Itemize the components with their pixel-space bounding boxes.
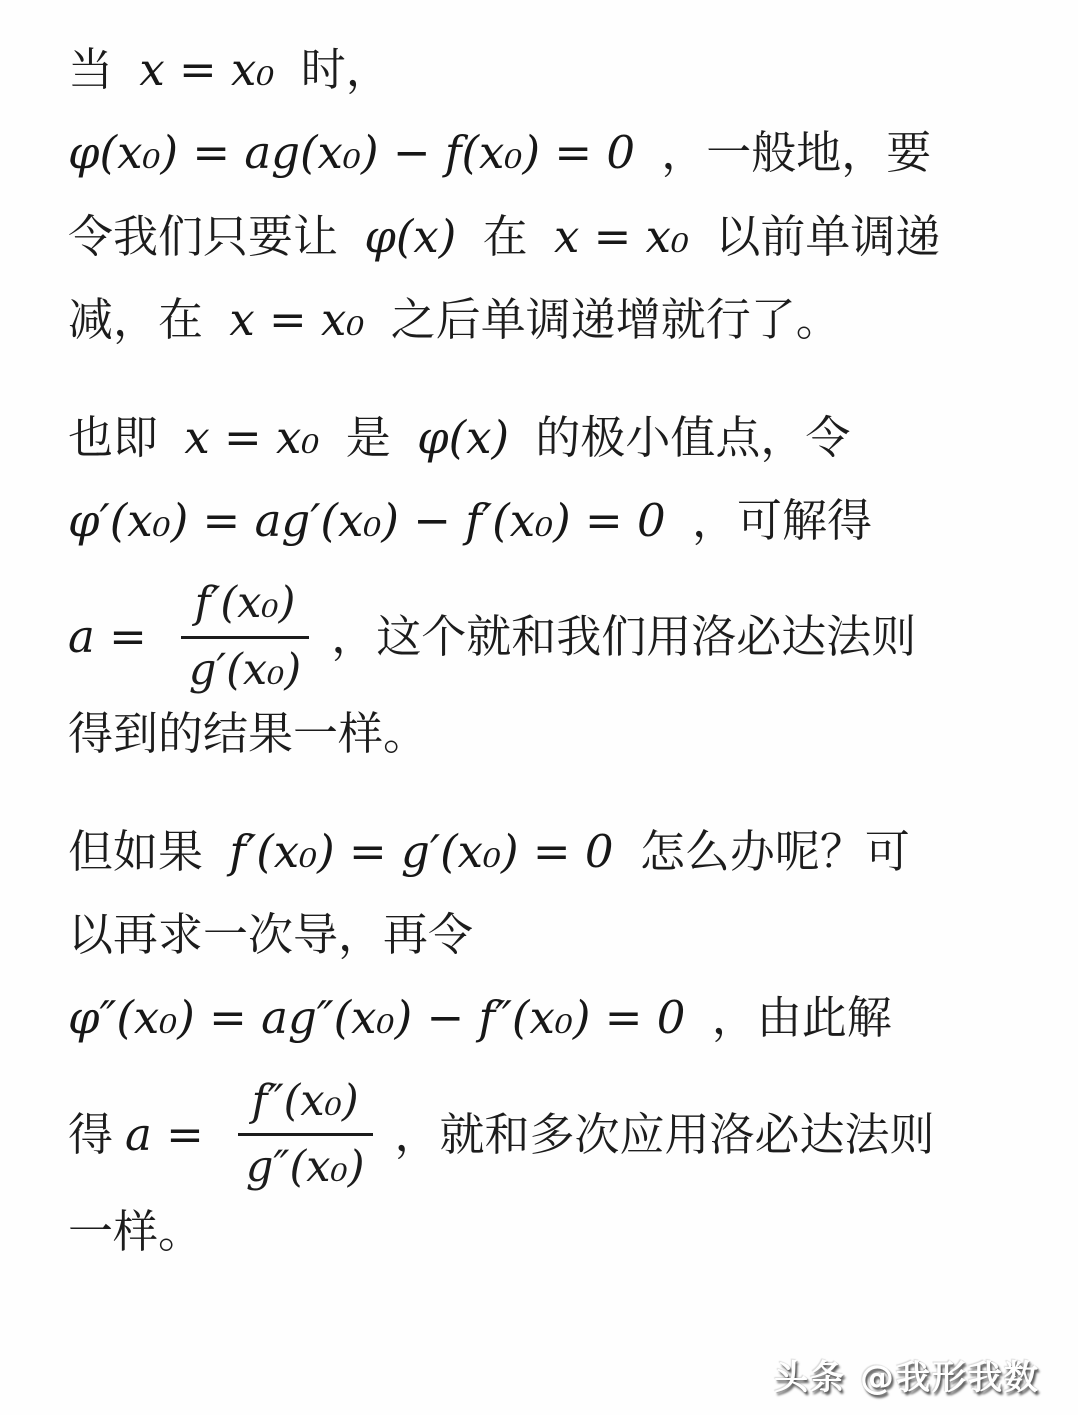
text-line: 也即 x = x₀ 是 φ(x) 的极小值点，令 <box>68 413 1018 463</box>
chinese-text: 以前单调递 <box>715 210 940 263</box>
chinese-text: 得 <box>68 1110 113 1160</box>
paragraph-3: 但如果 f′(x₀) = g′(x₀) = 0 怎么办呢？可 以再求一次导，再令… <box>68 827 1018 1257</box>
paragraph-1: 当 x = x₀ 时， φ(x₀) = ag(x₀) − f(x₀) = 0 ，… <box>68 45 1018 346</box>
chinese-text: ，就和多次应用洛必达法则 <box>395 1110 935 1160</box>
text-line: 令我们只要让 φ(x) 在 x = x₀ 以前单调递 <box>68 212 1018 262</box>
chinese-text: 时， <box>301 43 391 96</box>
math-expression: a = <box>125 1110 204 1160</box>
text-line: 以再求一次导，再令 <box>68 910 1018 960</box>
math-expression: φ″(x₀) = ag″(x₀) − f″(x₀) = 0 <box>68 991 685 1044</box>
text-line: 减，在 x = x₀ 之后单调递增就行了。 <box>68 295 1018 345</box>
chinese-text: 一样。 <box>68 1205 203 1258</box>
chinese-text: 减，在 <box>68 293 203 346</box>
chinese-text: 在 <box>483 210 528 263</box>
fraction-denominator: g″(x₀) <box>232 1136 379 1192</box>
text-line: φ′(x₀) = ag′(x₀) − f′(x₀) = 0 ，可解得 <box>68 496 1018 546</box>
math-expression: φ(x) <box>417 411 509 464</box>
math-expression: a = <box>68 612 147 662</box>
math-expression: φ(x) <box>364 210 456 263</box>
text-line: φ(x₀) = ag(x₀) − f(x₀) = 0 ，一般地，要 <box>68 128 1018 178</box>
chinese-text: 但如果 <box>68 825 203 878</box>
fraction-numerator: f′(x₀) <box>181 579 310 638</box>
math-expression: x = x₀ <box>139 43 274 96</box>
formula-line: a = f′(x₀) g′(x₀) ，这个就和我们用洛必达法则 <box>68 579 1018 695</box>
text-line: 一样。 <box>68 1207 1018 1257</box>
watermark: 头条 @我形我数 <box>774 1350 1040 1399</box>
fraction-numerator: f″(x₀) <box>238 1077 373 1136</box>
chinese-text: 的极小值点，令 <box>535 411 850 464</box>
text-line: 但如果 f′(x₀) = g′(x₀) = 0 怎么办呢？可 <box>68 827 1018 877</box>
chinese-text: 当 <box>68 43 113 96</box>
chinese-text: 是 <box>346 411 391 464</box>
math-expression: x = x₀ <box>554 210 689 263</box>
chinese-text: 也即 <box>68 411 158 464</box>
chinese-text: 之后单调递增就行了。 <box>391 293 841 346</box>
math-expression: φ′(x₀) = ag′(x₀) − f′(x₀) = 0 <box>68 494 666 547</box>
fraction-denominator: g′(x₀) <box>175 639 315 695</box>
fraction: f′(x₀) g′(x₀) <box>175 579 315 695</box>
math-expression: x = x₀ <box>184 411 319 464</box>
chinese-text: ，这个就和我们用洛必达法则 <box>331 612 916 662</box>
text-line: 得到的结果一样。 <box>68 709 1018 759</box>
formula-line: 得 a = f″(x₀) g″(x₀) ，就和多次应用洛必达法则 <box>68 1077 1018 1193</box>
fraction: f″(x₀) g″(x₀) <box>232 1077 379 1193</box>
chinese-text: 怎么办呢？可 <box>640 825 910 878</box>
text-line: 当 x = x₀ 时， <box>68 45 1018 95</box>
document-body: 当 x = x₀ 时， φ(x₀) = ag(x₀) − f(x₀) = 0 ，… <box>0 0 1078 1257</box>
chinese-text: ，可解得 <box>692 494 872 547</box>
chinese-text: 令我们只要让 <box>68 210 338 263</box>
chinese-text: ，一般地，要 <box>661 126 931 179</box>
chinese-text: 得到的结果一样。 <box>68 707 428 760</box>
chinese-text: ，由此解 <box>712 991 892 1044</box>
math-expression: φ(x₀) = ag(x₀) − f(x₀) = 0 <box>68 126 635 179</box>
text-line: φ″(x₀) = ag″(x₀) − f″(x₀) = 0 ，由此解 <box>68 993 1018 1043</box>
paragraph-2: 也即 x = x₀ 是 φ(x) 的极小值点，令 φ′(x₀) = ag′(x₀… <box>68 413 1018 760</box>
math-expression: x = x₀ <box>229 293 364 346</box>
math-expression: f′(x₀) = g′(x₀) = 0 <box>229 825 613 878</box>
chinese-text: 以再求一次导，再令 <box>68 908 473 961</box>
